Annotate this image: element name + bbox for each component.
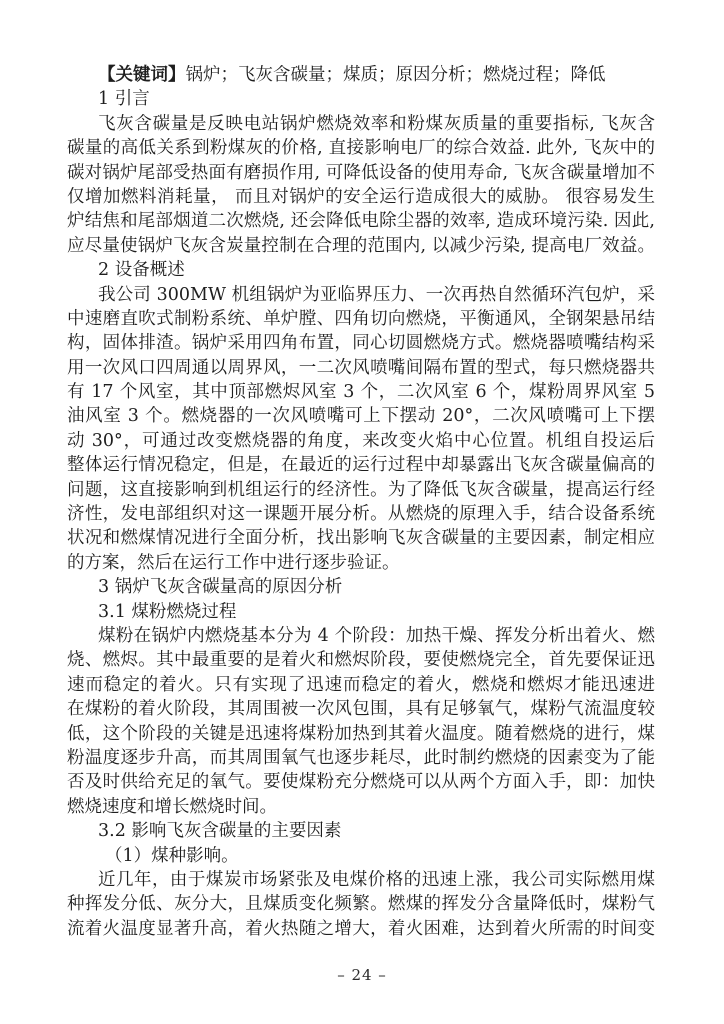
text-line: 状况和燃煤情况进行全面分析，找出影响飞灰含碳量的主要因素，制定相应 [67,526,655,550]
text-line: 仅增加燃料消耗量， 而且对锅炉的安全运行造成很大的威胁。 很容易发生锅 [67,185,655,209]
text-line: 煤粉在锅炉内燃烧基本分为 4 个阶段：加热干燥、挥发分析出着火、燃 [67,624,655,648]
text-line: 种挥发分低、灰分大，且煤质变化频繁。燃煤的挥发分含量降低时，煤粉气 [67,892,655,916]
text-line: 用一次风口四周通以周界风，一二次风喷嘴间隔布置的型式，每只燃烧器共 [67,356,655,380]
text-line: 【关键词】锅炉；飞灰含碳量；煤质；原因分析；燃烧过程；降低 [67,63,655,87]
text-line: 动 30°，可通过改变燃烧器的角度，来改变火焰中心位置。机组自投运后 [67,429,655,453]
text-line: 的方案，然后在运行工作中进行逐步验证。 [67,551,655,575]
text-line: 飞灰含碳量是反映电站锅炉燃烧效率和粉煤灰质量的重要指标, 飞灰含 [67,112,655,136]
text-line: 3.1 煤粉燃烧过程 [67,600,655,624]
text-line: 油风室 3 个。燃烧器的一次风喷嘴可上下摆动 20°，二次风喷嘴可上下摆 [67,404,655,428]
text-line: 近几年，由于煤炭市场紧张及电煤价格的迅速上涨，我公司实际燃用煤 [67,868,655,892]
text-line: 燃烧速度和增长燃烧时间。 [67,795,655,819]
text-line: 低，这个阶段的关键是迅速将煤粉加热到其着火温度。随着燃烧的进行，煤 [67,722,655,746]
text-line: 烧、燃烬。其中最重要的是着火和燃烬阶段，要使燃烧完全，首先要保证迅 [67,648,655,672]
text-line: 碳对锅炉尾部受热面有磨损作用, 可降低设备的使用寿命, 飞灰含碳量增加不 [67,161,655,185]
text-line: 粉温度逐步升高，而其周围氧气也逐步耗尽，此时制约燃烧的因素变为了能 [67,746,655,770]
text-line: 中速磨直吹式制粉系统、单炉膛、四角切向燃烧，平衡通风，全钢架悬吊结 [67,307,655,331]
text-line: 构，固体排渣。锅炉采用四角布置，同心切圆燃烧方式。燃烧器喷嘴结构采 [67,331,655,355]
text-line: 有 17 个风室，其中顶部燃烬风室 3 个，二次风室 6 个，煤粉周界风室 5 … [67,380,655,404]
text-line: 整体运行情况稳定，但是，在最近的运行过程中却暴露出飞灰含碳量偏高的 [67,453,655,477]
text-line: （1）煤种影响。 [67,844,655,868]
text-line: 炉结焦和尾部烟道二次燃烧, 还会降低电除尘器的效率, 造成环境污染. 因此, [67,209,655,233]
text-line: 碳量的高低关系到粉煤灰的价格, 直接影响电厂的综合效益. 此外, 飞灰中的 [67,136,655,160]
text-line: 速而稳定的着火。只有实现了迅速而稳定的着火，燃烧和燃烬才能迅速进行， [67,673,655,697]
text-line: 应尽量使锅炉飞灰含炭量控制在合理的范围内, 以减少污染, 提高电厂效益。 [67,234,655,258]
text-line: 我公司 300MW 机组锅炉为亚临界压力、一次再热自然循环汽包炉，采用 [67,283,655,307]
text-line: 1 引言 [67,87,655,111]
text-line: 否及时供给充足的氧气。要使煤粉充分燃烧可以从两个方面入手，即：加快 [67,770,655,794]
page-number: – 24 – [0,966,724,984]
keywords-label: 【关键词】 [98,65,186,85]
text-line: 3.2 影响飞灰含碳量的主要因素 [67,819,655,843]
document-page: 【关键词】锅炉；飞灰含碳量；煤质；原因分析；燃烧过程；降低1 引言飞灰含碳量是反… [0,0,724,1024]
document-body: 【关键词】锅炉；飞灰含碳量；煤质；原因分析；燃烧过程；降低1 引言飞灰含碳量是反… [67,63,655,941]
text-line: 问题，这直接影响到机组运行的经济性。为了降低飞灰含碳量，提高运行经 [67,478,655,502]
text-line: 3 锅炉飞灰含碳量高的原因分析 [67,575,655,599]
text-line: 济性，发电部组织对这一课题开展分析。从燃烧的原理入手，结合设备系统 [67,502,655,526]
text-line: 在煤粉的着火阶段，其周围被一次风包围，具有足够氧气，煤粉气流温度较 [67,697,655,721]
text-line: 流着火温度显著升高，着火热随之增大，着火困难，达到着火所需的时间变 [67,917,655,941]
text-line: 2 设备概述 [67,258,655,282]
